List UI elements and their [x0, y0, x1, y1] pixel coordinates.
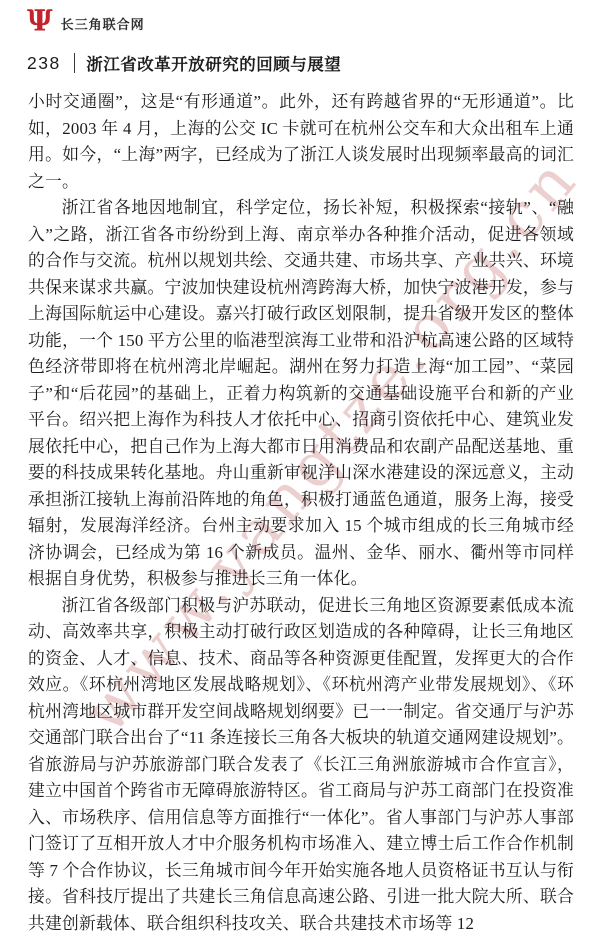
header-divider [74, 53, 76, 73]
running-title: 浙江省改革开放研究的回顾与展望 [86, 51, 341, 75]
paragraph-city-cooperation: 浙江省各地因地制宜，科学定位，扬长补短，积极探索“接轨”、“融入”之路，浙江省各… [28, 195, 574, 593]
site-name-label: 长三角联合网 [61, 10, 145, 33]
paragraph-continuation: 小时交通圈”，这是“有形通道”。此外，还有跨越省界的“无形通道”。比如，2003… [28, 89, 574, 195]
site-header: Ψ 长三角联合网 [27, 7, 145, 35]
paragraph-department-cooperation: 浙江省各级部门积极与沪苏联动，促进长三角地区资源要素低成本流动、高效率共享，积极… [28, 593, 574, 938]
book-page: Ψ 长三角联合网 238 浙江省改革开放研究的回顾与展望 www.yangtze… [0, 0, 600, 952]
site-logo-icon: Ψ [27, 6, 53, 35]
page-number: 238 [27, 53, 61, 74]
page-body: 小时交通圈”，这是“有形通道”。此外，还有跨越省界的“无形通道”。比如，2003… [28, 89, 574, 937]
running-head: 238 浙江省改革开放研究的回顾与展望 [27, 51, 341, 75]
